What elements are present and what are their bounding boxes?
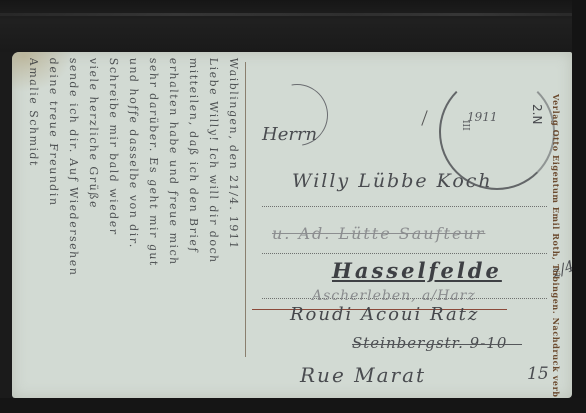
scan-streak (0, 13, 586, 16)
scan-frame-right (572, 0, 586, 413)
message-line: erhalten habe und freue mich (164, 57, 180, 389)
message-line: Waiblingen, den 21/4. 1911 (224, 57, 240, 389)
postmark-side-text: III (460, 120, 470, 131)
salutation-flourish (254, 72, 340, 158)
postmark-year: 1911 (467, 110, 498, 124)
message-line: und hoffe dasselbe von dir. (124, 57, 140, 389)
message-line: viele herzliche Grüße (84, 57, 100, 389)
salutation: Herrn (262, 124, 317, 145)
message-line: Liebe Willy! Ich will dir doch (204, 57, 220, 389)
house-number: 15 (527, 364, 549, 384)
postcard: Waiblingen, den 21/4. 1911 Liebe Willy! … (12, 52, 572, 398)
forwarding-address: Roudi Acoui Ratz (290, 304, 479, 325)
publisher-imprint: Verlag Otto Eigentum Emil Roth, Tübingen… (551, 94, 561, 398)
address-rule (262, 206, 547, 207)
scan-frame-bottom (0, 398, 586, 413)
message-area: Waiblingen, den 21/4. 1911 Liebe Willy! … (18, 58, 242, 392)
address-rule (262, 253, 547, 254)
old-address-struck: Ascherleben, a/Harz (312, 288, 476, 304)
message-line: sende ich dir. Auf Wiedersehen (64, 57, 80, 389)
message-line: Schreibe mir bald wieder (104, 57, 120, 389)
scan-frame-top (0, 0, 586, 52)
message-line: deine treue Freundin (44, 57, 60, 389)
message-line: Amalie Schmidt (24, 57, 40, 389)
postmark-code: 2.N (530, 104, 544, 124)
message-line: mitteilen, daß ich den Brief (184, 57, 200, 389)
address-line-struck: u. Ad. Lütte Saufteur (272, 224, 485, 243)
message-line: sehr darüber. Es geht mir gut (144, 57, 160, 389)
destination-city: Hasselfelde (332, 258, 502, 283)
center-divider (245, 62, 246, 357)
street-address-2: Rue Marat (300, 363, 426, 387)
street-address: Steinbergstr. 9-10 (352, 334, 507, 352)
postmark-circle (439, 74, 555, 190)
street-strike-line (352, 344, 522, 345)
